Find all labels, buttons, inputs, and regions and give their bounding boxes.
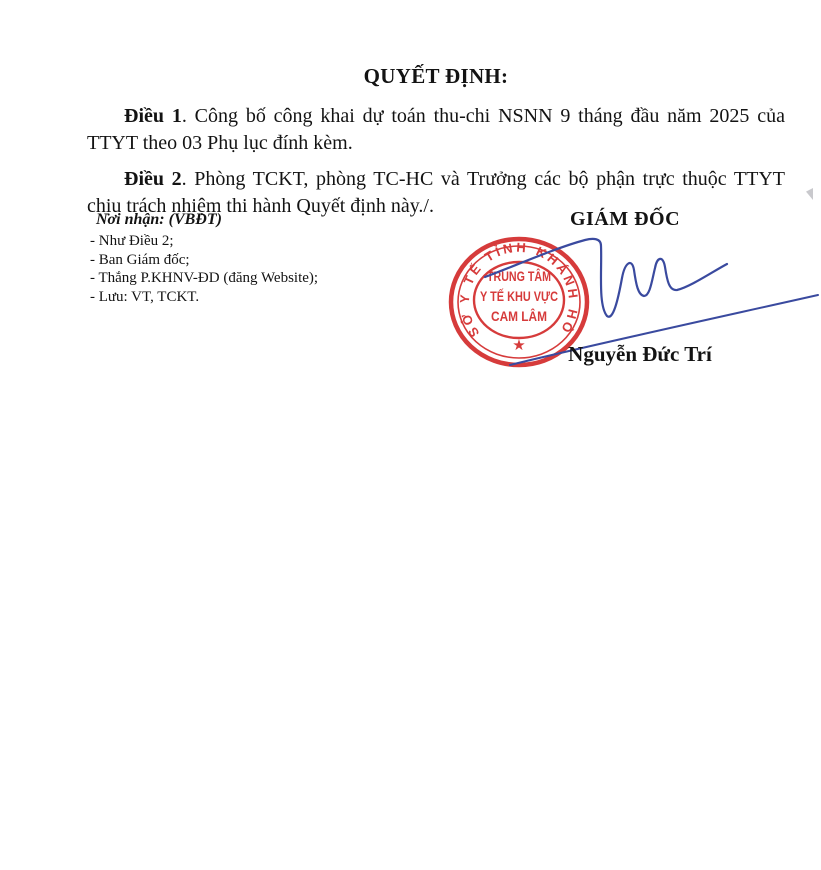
recipient-item: - Như Điều 2; — [90, 232, 420, 251]
article-1-paragraph: Điều 1. Công bố công khai dự toán thu-ch… — [87, 103, 785, 157]
article-2-label: Điều 2 — [124, 168, 182, 190]
recipient-item: - Lưu: VT, TCKT. — [90, 288, 420, 307]
article-1-text: . Công bố công khai dự toán thu-chi NSNN… — [87, 105, 785, 154]
article-1-label: Điều 1 — [124, 105, 182, 127]
recipients-header: Nơi nhận: (VBĐT) — [96, 211, 420, 229]
signer-name: Nguyễn Đức Trí — [540, 342, 740, 367]
recipient-item: - Ban Giám đốc; — [90, 251, 420, 270]
scan-artifact — [806, 188, 813, 200]
document-page: QUYẾT ĐỊNH: Điều 1. Công bố công khai dự… — [0, 0, 821, 870]
recipients-block: Nơi nhận: (VBĐT) - Như Điều 2; - Ban Giá… — [90, 211, 420, 306]
document-title: QUYẾT ĐỊNH: — [87, 64, 785, 89]
recipient-item: - Thắng P.KHNV-ĐD (đăng Website); — [90, 269, 420, 288]
